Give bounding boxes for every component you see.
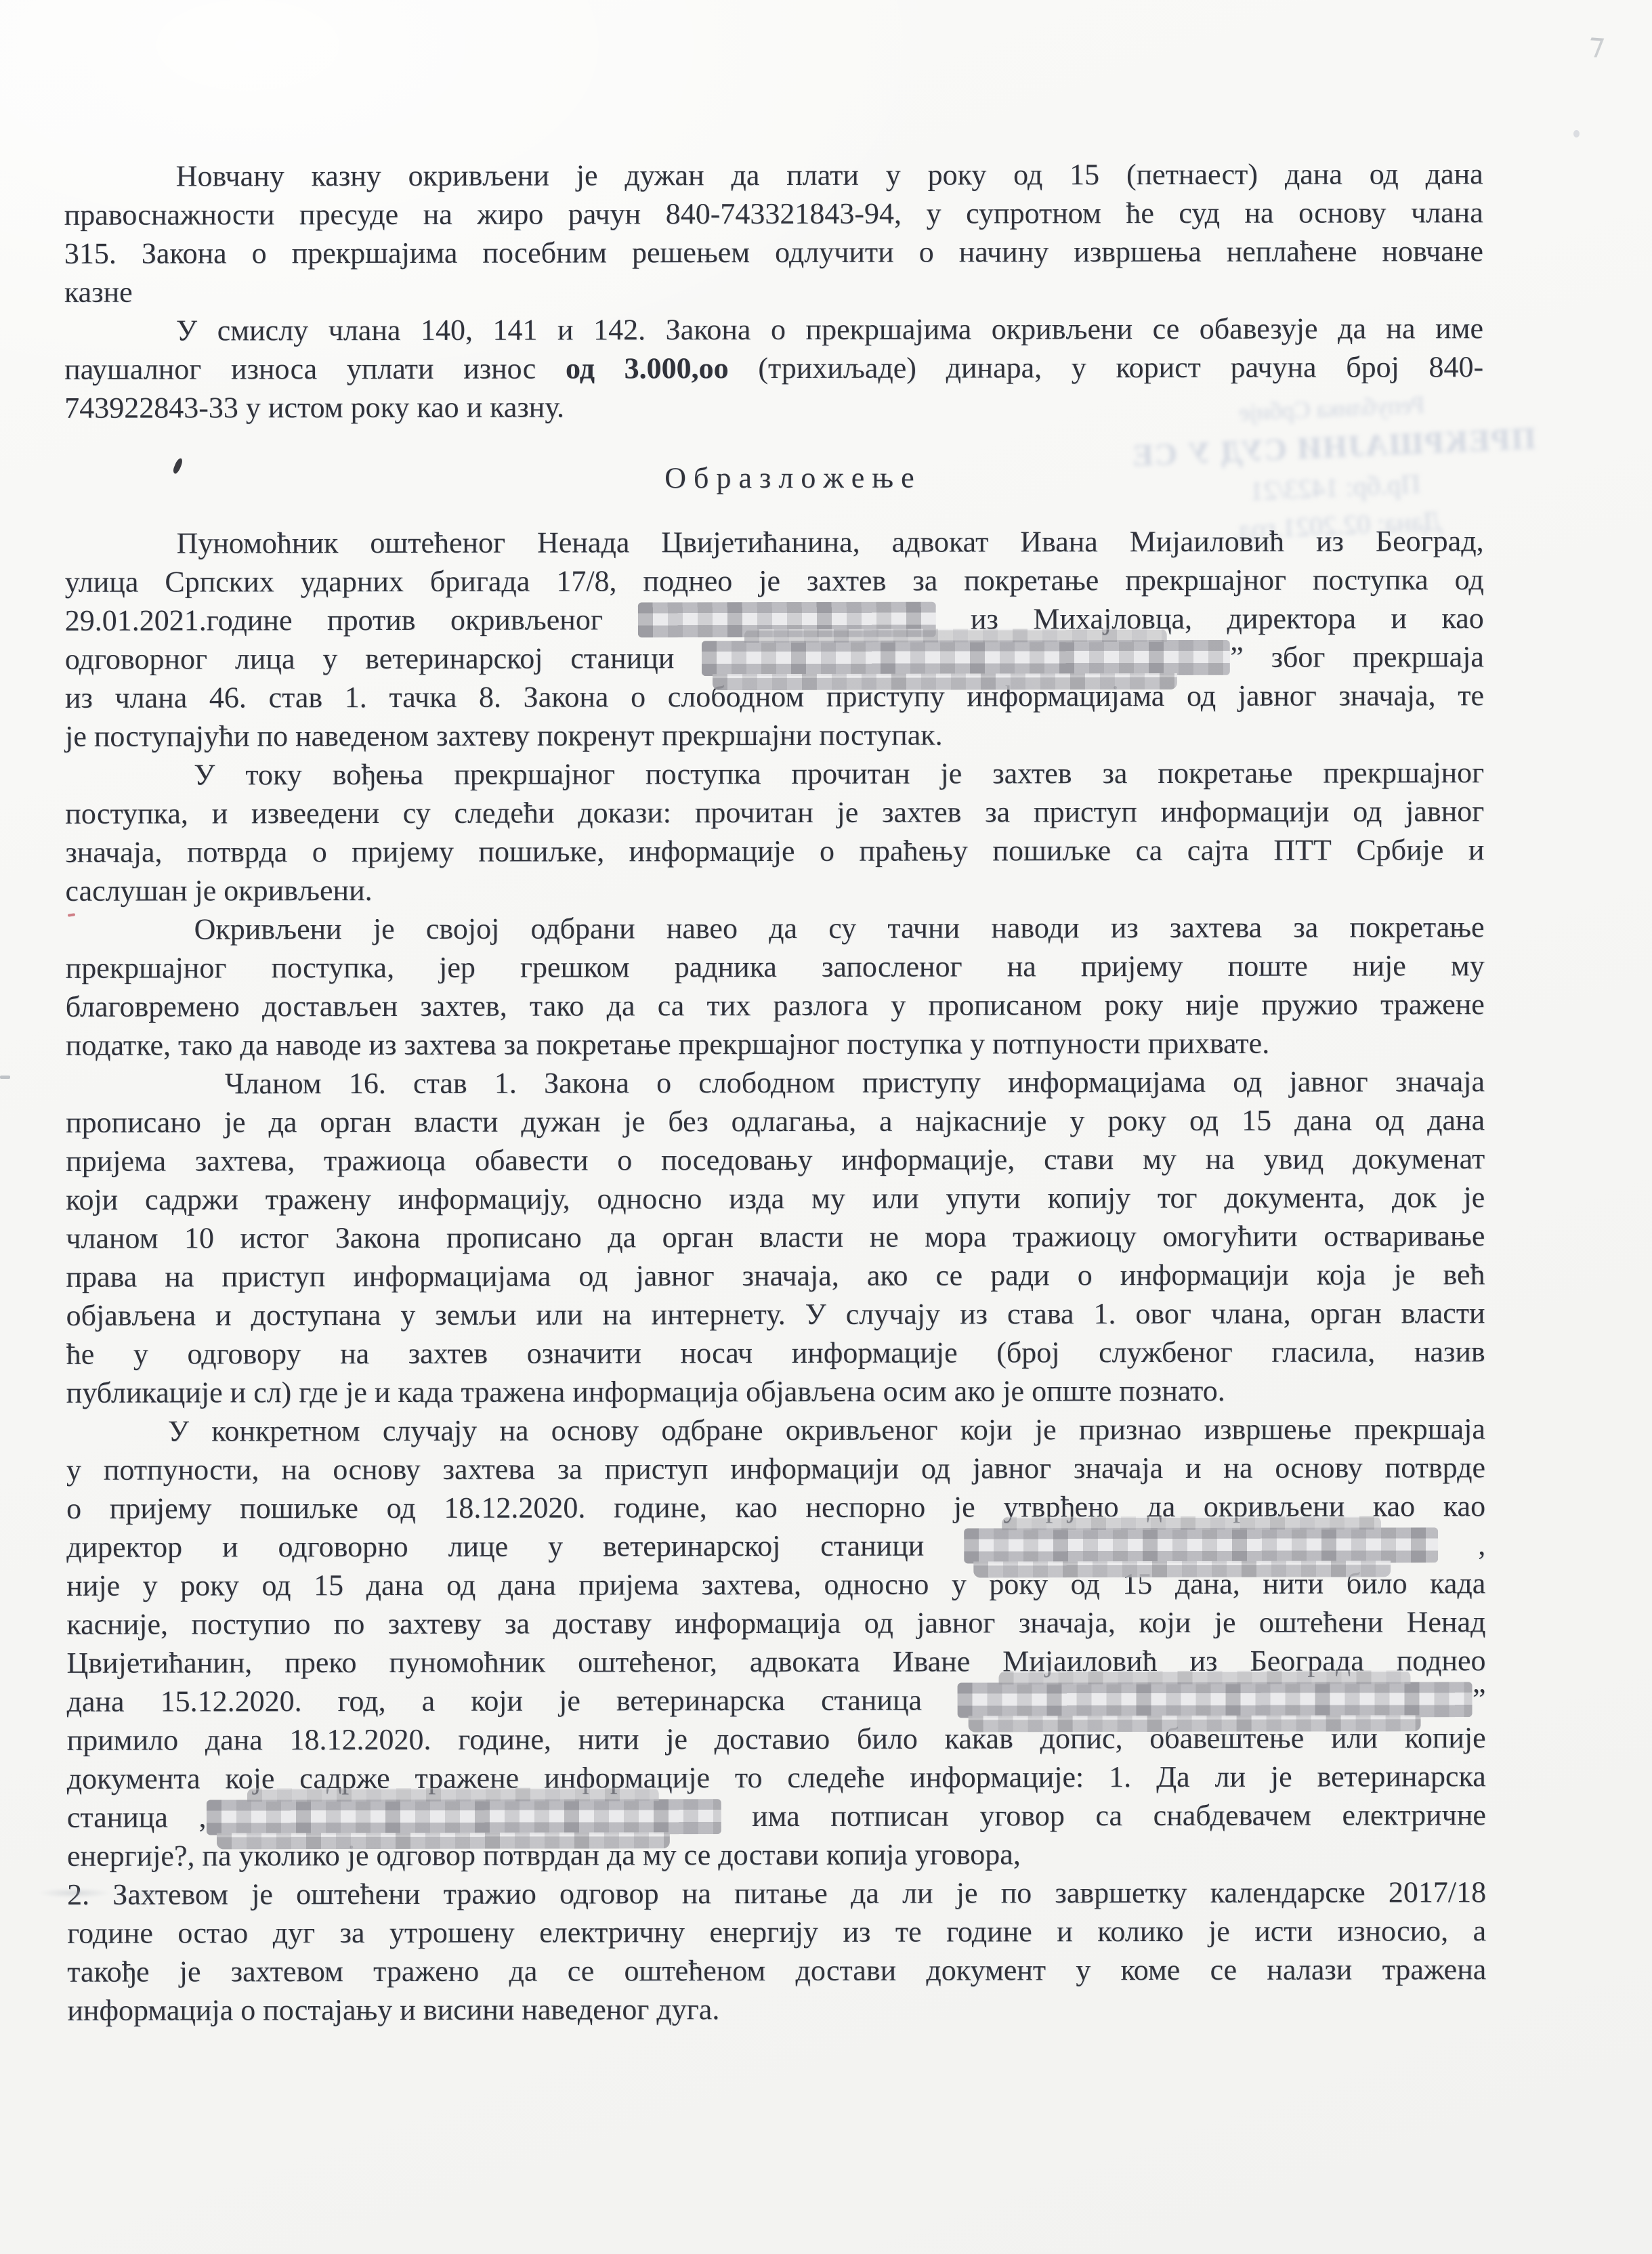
- edge-dash: [0, 1076, 10, 1079]
- text-line: пријема захтева, тражиоца обавести о пос…: [66, 1139, 1485, 1181]
- document-body: Новчану казну окривљени је дужан да плат…: [64, 154, 1487, 2030]
- redaction-blur: [702, 640, 1230, 676]
- text-line: У конкретном случају на основу одбране о…: [66, 1409, 1485, 1451]
- bottom-smudge: [37, 1888, 112, 1898]
- text-line: информација о постајању и висини наведен…: [67, 1989, 1486, 2030]
- text-line: улица Српских ударних бригада 17/8, подн…: [65, 560, 1484, 601]
- text-line: одговорног лица у ветеринарској станици …: [65, 637, 1484, 679]
- text-line: Чланом 16. став 1. Закона о слободном пр…: [66, 1062, 1485, 1103]
- redaction-blur: [958, 1682, 1473, 1718]
- paragraph-lump-sum-costs: У смислу члана 140, 141 и 142. Закона о …: [64, 309, 1483, 427]
- text-line: благовремено достављен захтев, тако да с…: [66, 985, 1485, 1026]
- text-line: ће у одговору на захтев означити носач и…: [66, 1332, 1485, 1374]
- text-line: прекршајног поступка, јер грешком радник…: [66, 946, 1485, 987]
- bold-amount: од 3.000,оо: [566, 352, 729, 385]
- paragraph-court-findings: У конкретном случају на основу одбране о…: [66, 1409, 1487, 2030]
- text-line: године остао дуг за утрошену електричну …: [67, 1911, 1486, 1953]
- scanned-court-document: { "page_meta": { "kind": "scanned court …: [0, 0, 1652, 2254]
- text-line: 315. Закона о прекршајима посебним решењ…: [64, 232, 1483, 273]
- paragraph-law-article-16: Чланом 16. став 1. Закона о слободном пр…: [66, 1062, 1485, 1412]
- text-line: саслушан је окривљени.: [65, 869, 1484, 910]
- paragraph-fine-payment-deadline: Новчану казну окривљени је дужан да плат…: [64, 154, 1483, 312]
- text-line: права на приступ информацијама од јавног…: [66, 1255, 1485, 1296]
- staple-dot: [1573, 130, 1580, 137]
- text-line: У току вођења прекршајног поступка прочи…: [65, 753, 1484, 794]
- text-line: казне: [64, 270, 1483, 312]
- text-line: чланом 10 истог Закона прописано да орга…: [66, 1216, 1485, 1258]
- bottom-smudge-2: [132, 1891, 159, 1898]
- text-line: паушалног износа уплати износ од 3.000,о…: [64, 347, 1483, 389]
- text-line: Пуномоћник оштећеног Ненада Цвијетићанин…: [65, 522, 1484, 563]
- text-line: правоснажности пресуде на жиро рачун 840…: [64, 193, 1483, 234]
- text-line: касније, поступио по захтеву за доставу …: [66, 1602, 1485, 1644]
- redaction-blur: [964, 1527, 1438, 1563]
- text-line: станица , има потписан уговор са снабдев…: [67, 1795, 1486, 1837]
- text-line: 2. Захтевом је оштећени тражио одговор н…: [67, 1873, 1486, 1914]
- paragraph-evidence-presented: У току вођења прекршајног поступка прочи…: [65, 753, 1484, 910]
- text-line: податке, тако да наводе из захтева за по…: [66, 1023, 1485, 1065]
- text-line: поступка, и извеедени су следећи докази:…: [65, 792, 1484, 833]
- paragraph-request-initiation: Пуномоћник оштећеног Ненада Цвијетићанин…: [65, 522, 1485, 756]
- corner-pen-mark: [1584, 37, 1605, 57]
- text-line: који садржи тражену информацију, односно…: [66, 1178, 1485, 1219]
- text-line: прописано је да орган власти дужан је бе…: [66, 1101, 1485, 1142]
- text-line: У смислу члана 140, 141 и 142. Закона о …: [64, 309, 1483, 350]
- text-line: објављена и доступана у земљи или на инт…: [66, 1294, 1485, 1335]
- text-line: дана 15.12.2020. год, а који је ветерина…: [67, 1680, 1486, 1721]
- text-line: публикације и сл) где је и када тражена …: [66, 1371, 1485, 1412]
- text-line: Окривљени је својој одбрани навео да су …: [66, 908, 1485, 949]
- redaction-blur: [206, 1799, 721, 1835]
- text-line: такође је захтевом тражено да се оштећен…: [67, 1950, 1486, 1991]
- obrazlozenje-heading: О б р а з л о ж е њ е: [95, 457, 1483, 498]
- text-line: значаја, потврда о пријему пошиљке, инфо…: [65, 830, 1484, 872]
- text-line: је поступајући по наведеном захтеву покр…: [65, 715, 1484, 756]
- text-line: Новчану казну окривљени је дужан да плат…: [64, 154, 1483, 196]
- paragraph-defense-statement: Окривљени је својој одбрани навео да су …: [66, 908, 1485, 1065]
- text-line: директор и одговорно лице у ветеринарско…: [66, 1525, 1485, 1567]
- text-line: 743922843-33 у истом року као и казну.: [64, 386, 1483, 427]
- text-line: у потпуности, на основу захтева за прист…: [66, 1448, 1485, 1489]
